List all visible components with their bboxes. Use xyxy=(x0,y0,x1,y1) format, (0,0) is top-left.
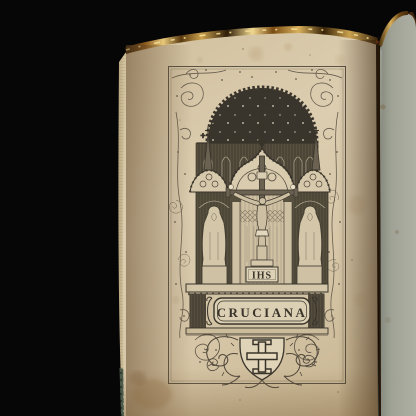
right-page xyxy=(379,12,416,416)
foxing-spot xyxy=(395,230,399,234)
foxing-spot xyxy=(385,317,391,323)
right-page-paper xyxy=(380,14,416,416)
ihs-monogram: IHS xyxy=(252,271,272,282)
title-text: CRUCIANA xyxy=(217,305,308,320)
mensa xyxy=(186,284,328,292)
book: IHS CRUCI xyxy=(118,12,416,416)
title-cartouche: CRUCIANA xyxy=(207,297,317,325)
foxing-spot xyxy=(381,105,386,110)
ihs-plaque: IHS xyxy=(246,267,278,282)
right-statue-pedestal xyxy=(297,266,322,284)
base-step xyxy=(186,328,328,334)
left-statue-pedestal xyxy=(202,266,227,284)
titulus xyxy=(257,172,267,179)
altar-base: CRUCIANA xyxy=(186,284,328,336)
angel-right xyxy=(291,185,296,190)
angel-left xyxy=(229,185,234,190)
photo: IHS CRUCI xyxy=(0,0,416,416)
book-photo-canvas: IHS CRUCI xyxy=(0,0,416,416)
cross-pedestal xyxy=(257,246,267,260)
left-page: IHS CRUCI xyxy=(123,26,379,416)
